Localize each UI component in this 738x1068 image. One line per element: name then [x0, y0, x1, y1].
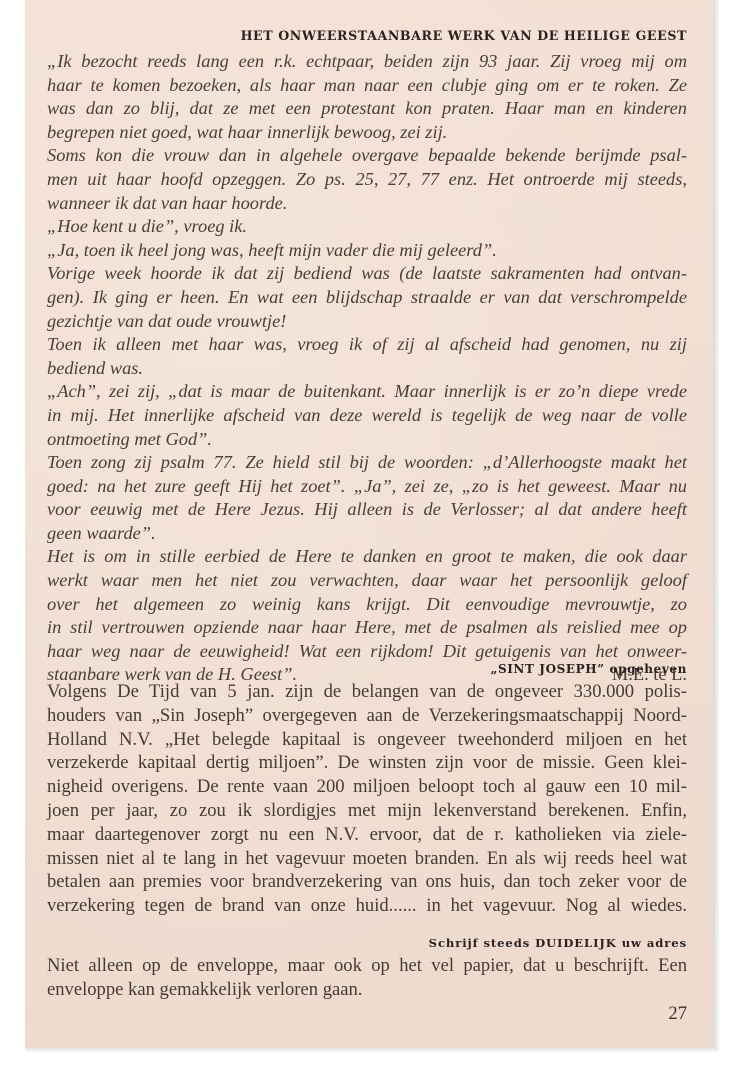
text-line: Holland N.V. „Het belegde kapitaal is on… — [47, 728, 687, 752]
text-line: geen waarde”. — [47, 522, 687, 546]
text-line: haar te komen bezoeken, als haar man naa… — [47, 74, 687, 98]
text-line: joen per jaar, zo zou ik slordigjes met … — [47, 799, 687, 823]
text-line: Het is om in stille eerbied de Here te d… — [47, 545, 687, 569]
text-line: in mij. Het innerlijke afscheid van deze… — [47, 404, 687, 428]
text-line: Toen zong zij psalm 77. Ze hield stil bi… — [47, 451, 687, 475]
article-body-heilige-geest: „Ik bezocht reeds lang een r.k. echtpaar… — [47, 50, 687, 687]
text-line: „Ja, toen ik heel jong was, heeft mijn v… — [47, 239, 687, 263]
text-line: missen niet al te lang in het vagevuur m… — [47, 847, 687, 871]
text-line: verzekerde kapitaal dertig miljoen”. De … — [47, 751, 687, 775]
article-title-heilige-geest: HET ONWEERSTAANBARE WERK VAN DE HEILIGE … — [241, 28, 687, 43]
text-line: maar daartegenover zorgt nu een N.V. erv… — [47, 823, 687, 847]
text-line: nigheid overigens. De rente vaan 200 mil… — [47, 775, 687, 799]
page-edge-shadow — [713, 0, 719, 1048]
text-line: Toen ik alleen met haar was, vroeg ik of… — [47, 333, 687, 357]
text-line: goed: na het zure geeft Hij het zoet”. „… — [47, 475, 687, 499]
text-line: over het algemeen zo weinig kans krijgt.… — [47, 593, 687, 617]
text-line: betalen aan premies voor brandverzekerin… — [47, 870, 687, 894]
text-line: „Ach”, zei zij, „dat is maar de buitenka… — [47, 380, 687, 404]
text-line: enveloppe kan gemakkelijk verloren gaan. — [47, 978, 687, 1002]
text-line: „Ik bezocht reeds lang een r.k. echtpaar… — [47, 50, 687, 74]
text-line: men uit haar hoofd opzeggen. Zo ps. 25, … — [47, 168, 687, 192]
text-line: begrepen niet goed, wat haar innerlijk b… — [47, 121, 687, 145]
page-number: 27 — [668, 1003, 687, 1025]
text-line: werkt waar men het niet zou verwachten, … — [47, 569, 687, 593]
text-line: „Hoe kent u die”, vroeg ik. — [47, 215, 687, 239]
page-bottom-shadow — [25, 1048, 719, 1053]
text-line: ontmoeting met God”. — [47, 428, 687, 452]
article-title-sint-joseph: „SINT JOSEPH” opgeheven — [490, 662, 687, 676]
text-line: in stil vertrouwen opziende naar haar He… — [47, 616, 687, 640]
text-line: Vorige week hoorde ik dat zij bediend wa… — [47, 262, 687, 286]
text-line: haar weg naar de eeuwigheid! Wat een rij… — [47, 640, 687, 664]
text-line: gezichtje van dat oude vrouwtje! — [47, 310, 687, 334]
text-line: verzekering tegen de brand van onze huid… — [47, 894, 687, 918]
magazine-page: HET ONWEERSTAANBARE WERK VAN DE HEILIGE … — [25, 0, 713, 1048]
text-line: Soms kon die vrouw dan in algehele overg… — [47, 144, 687, 168]
text-line: voor eeuwig met de Here Jezus. Hij allee… — [47, 498, 687, 522]
text-line: Niet alleen op de enveloppe, maar ook op… — [47, 954, 687, 978]
text-line: gen). Ik ging er heen. En wat een blijds… — [47, 286, 687, 310]
text-line: houders van „Sin Joseph” overgegeven aan… — [47, 704, 687, 728]
text-line: was dan zo blij, dat ze met een protesta… — [47, 97, 687, 121]
notice-title-adres: Schrijf steeds DUIDELIJK uw adres — [429, 936, 687, 950]
text-line: Volgens De Tijd van 5 jan. zijn de belan… — [47, 680, 687, 704]
text-line: bediend was. — [47, 357, 687, 381]
text-line: wanneer ik dat van haar hoorde. — [47, 192, 687, 216]
notice-body-adres: Niet alleen op de enveloppe, maar ook op… — [47, 954, 687, 1002]
article-body-sint-joseph: Volgens De Tijd van 5 jan. zijn de belan… — [47, 680, 687, 918]
